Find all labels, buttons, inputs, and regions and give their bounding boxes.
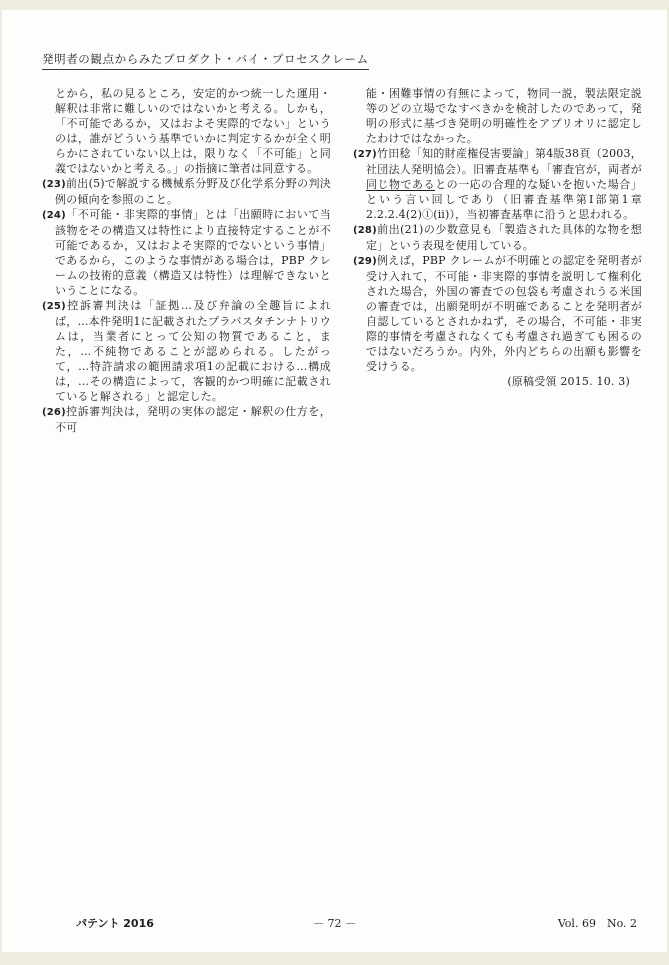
note-24: (24)「不可能・非実際的事情」とは「出願時において当該物をその構造又は特性によ… <box>42 207 331 298</box>
running-title: 発明者の観点からみたプロダクト・バイ・プロセスクレーム <box>42 52 369 70</box>
footer-journal-name: パテント 2016 <box>76 915 154 931</box>
note-number: (23) <box>42 179 66 190</box>
note-text: 前出(5)で解説する機械系分野及び化学系分野の判決例の傾向を参照のこと。 <box>55 177 331 206</box>
right-column: 能・困難事情の有無によって，物同一説，製法限定説等のどの立場でなすべきかを検討し… <box>353 86 642 435</box>
note-27: (27)竹田稔「知的財産権侵害要論」第4版38頁（2003，社団法人発明協会）。… <box>353 146 642 222</box>
note-29: (29)例えば，PBP クレームが不明確との認定を発明者が受け入れて，不可能・非… <box>353 253 642 374</box>
manuscript-receipt-date: (原稿受領 2015. 10. 3) <box>353 374 642 389</box>
note-number: (27) <box>353 149 377 160</box>
note-26-continuation: 能・困難事情の有無によって，物同一説，製法限定説等のどの立場でなすべきかを検討し… <box>353 86 642 146</box>
columns: とから，私の見るところ，安定的かつ統一した運用・解釈は非常に難しいのではないかと… <box>42 86 642 435</box>
note-number: (25) <box>42 301 66 312</box>
note-text: 例えば，PBP クレームが不明確との認定を発明者が受け入れて，不可能・非実際的事… <box>366 254 642 373</box>
note-text: 「不可能・非実際的事情」とは「出願時において当該物をその構造又は特性により直接特… <box>55 208 331 297</box>
note-number: (26) <box>42 407 66 418</box>
note-28: (28)前出(21)の少数意見も「製造された具体的な物を想定」という表現を使用し… <box>353 222 642 253</box>
left-column: とから，私の見るところ，安定的かつ統一した運用・解釈は非常に難しいのではないかと… <box>42 86 331 435</box>
note-number: (29) <box>353 256 377 267</box>
note-number: (28) <box>353 225 377 236</box>
intro-paragraph: とから，私の見るところ，安定的かつ統一した運用・解釈は非常に難しいのではないかと… <box>42 86 331 176</box>
footer-volume-number: Vol. 69 No. 2 <box>558 915 637 931</box>
note-text: 控訴審判決は「証拠…及び弁論の全趣旨によれば，…本件発明1に記載されたプラバスタ… <box>55 299 331 403</box>
running-head: 発明者の観点からみたプロダクト・バイ・プロセスクレーム <box>42 48 369 67</box>
note-25: (25)控訴審判決は「証拠…及び弁論の全趣旨によれば，…本件発明1に記載されたプ… <box>42 298 331 404</box>
note-number: (24) <box>42 210 66 221</box>
note-26: (26)控訴審判決は，発明の実体の認定・解釈の仕方を，不可 <box>42 404 331 435</box>
footer-page-number: － 72 － <box>313 915 356 931</box>
note-text: 控訴審判決は，発明の実体の認定・解釈の仕方を，不可 <box>55 405 331 434</box>
note-text: 前出(21)の少数意見も「製造された具体的な物を想定」という表現を使用している。 <box>366 223 642 252</box>
note-text-underlined: 同じ物である <box>366 178 435 191</box>
note-23: (23)前出(5)で解説する機械系分野及び化学系分野の判決例の傾向を参照のこと。 <box>42 176 331 207</box>
page: 発明者の観点からみたプロダクト・バイ・プロセスクレーム とから，私の見るところ，… <box>2 10 667 952</box>
note-text: 竹田稔「知的財産権侵害要論」第4版38頁（2003，社団法人発明協会）。旧審査基… <box>366 147 642 176</box>
